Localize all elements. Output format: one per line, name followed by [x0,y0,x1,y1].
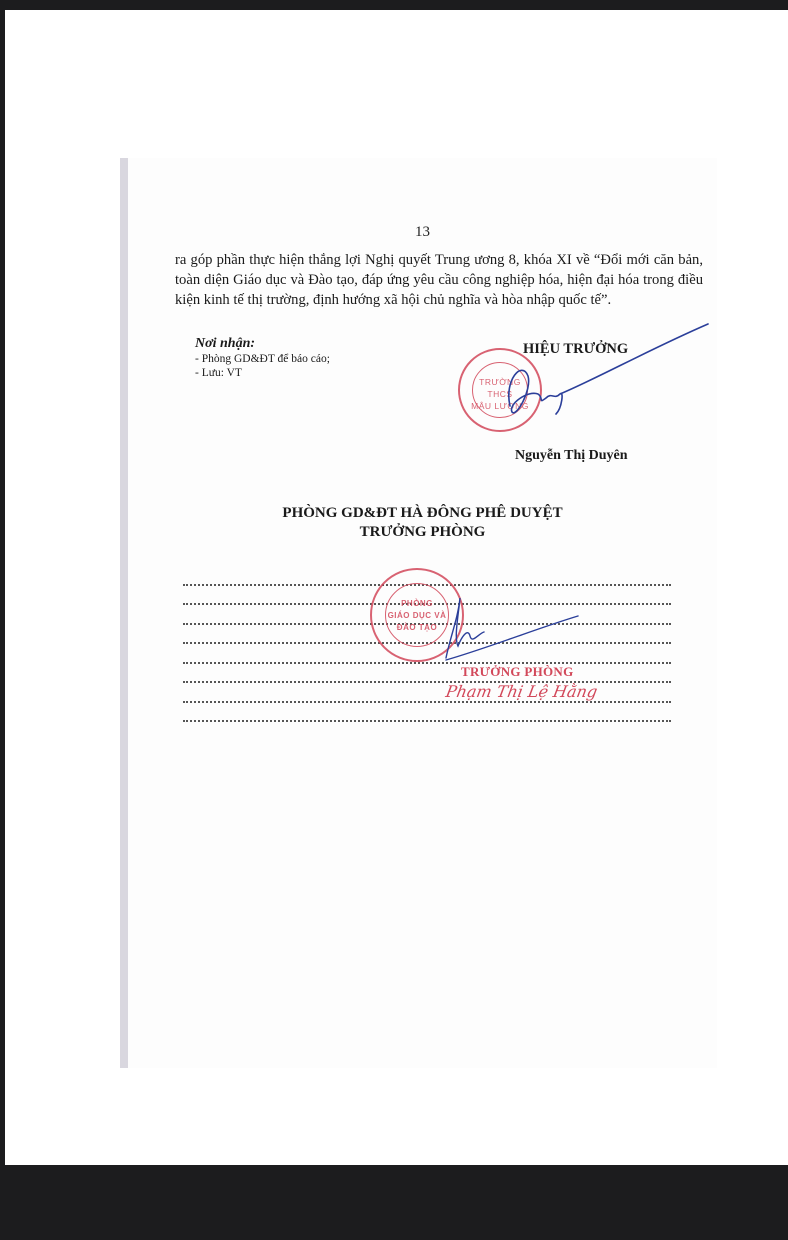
dotted-line [183,703,671,723]
department-head-title: TRƯỞNG PHÒNG [461,664,574,680]
document-viewer: 13 ra góp phần thực hiện thắng lợi Nghị … [5,10,788,1165]
document-page: 13 ra góp phần thực hiện thắng lợi Nghị … [120,158,717,1068]
body-paragraph: ra góp phần thực hiện thắng lợi Nghị quy… [175,250,703,310]
department-head-name: Phạm Thị Lệ Hằng [444,682,599,701]
approval-header: PHÒNG GD&ĐT HÀ ĐÔNG PHÊ DUYỆT TRƯỞNG PHÒ… [128,504,717,542]
principal-name: Nguyễn Thị Duyên [515,448,628,464]
recipients-block: Nơi nhận: - Phòng GD&ĐT để báo cáo; - Lư… [195,336,330,380]
recipient-item: - Phòng GD&ĐT để báo cáo; [195,352,330,366]
principal-signature [498,320,718,430]
page-number: 13 [128,224,717,241]
recipients-title: Nơi nhận: [195,336,330,352]
dotted-line [183,664,671,684]
recipient-item: - Lưu: VT [195,366,330,380]
approval-header-line2: TRƯỞNG PHÒNG [128,523,717,542]
approval-header-line1: PHÒNG GD&ĐT HÀ ĐÔNG PHÊ DUYỆT [128,504,717,523]
department-signature [428,588,588,668]
